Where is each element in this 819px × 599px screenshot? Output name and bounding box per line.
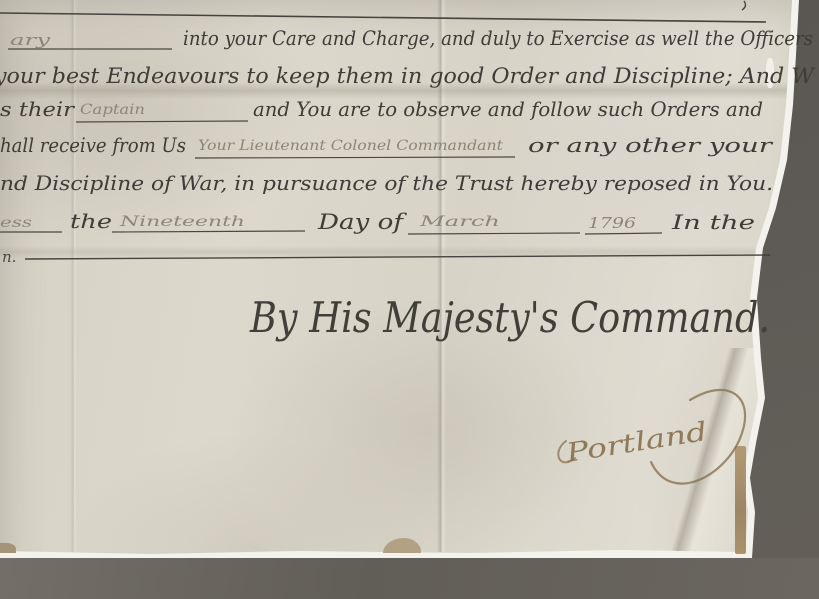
pen-stroke-fragment-top-right bbox=[742, 1, 745, 10]
printed-line-1: into your Care and Charge, and duly to E… bbox=[183, 26, 813, 50]
printed-line-3-right: and You are to observe and follow such O… bbox=[253, 97, 763, 121]
printed-line-5: nd Discipline of War, in pursuance of th… bbox=[0, 171, 773, 195]
blank-rule-rank bbox=[76, 121, 248, 122]
printed-day-of: Day of bbox=[317, 210, 407, 234]
signature: Portland bbox=[563, 417, 709, 469]
blank-rule-day bbox=[112, 231, 305, 232]
printed-in-the: In the bbox=[671, 210, 755, 234]
blank-rule-year bbox=[585, 233, 662, 234]
handwritten-superior-officer: Your Lieutenant Colonel Commandant bbox=[198, 138, 504, 154]
document-photo: into your Care and Charge, and duly to E… bbox=[0, 0, 819, 599]
signature-group: Portland bbox=[563, 417, 709, 469]
handwritten-rank: Captain bbox=[80, 102, 145, 118]
blank-rule-superior bbox=[195, 157, 515, 158]
command-script: By His Majesty's Command. bbox=[249, 293, 770, 342]
printed-line-2: your best Endeavours to keep them in goo… bbox=[0, 64, 817, 88]
printed-line-4-right: or any other your bbox=[528, 133, 774, 157]
printed-line-4-left: hall receive from Us bbox=[0, 133, 186, 157]
printed-the: the bbox=[70, 209, 112, 233]
handwritten-top-fragment: ary bbox=[10, 31, 51, 49]
ruled-line-top bbox=[0, 13, 766, 22]
handwritten-witness-fragment: ess bbox=[0, 215, 32, 231]
handwritten-year: 1796 bbox=[588, 214, 637, 232]
handwritten-day: Nineteenth bbox=[118, 214, 245, 230]
blank-rule-month bbox=[408, 233, 580, 234]
printed-line-3-left: s their bbox=[0, 97, 76, 121]
handwritten-month: March bbox=[418, 214, 500, 230]
printed-line-7-fragment: n. bbox=[2, 248, 16, 266]
blank-rule-long bbox=[25, 255, 770, 259]
text-layer: into your Care and Charge, and duly to E… bbox=[0, 0, 819, 599]
